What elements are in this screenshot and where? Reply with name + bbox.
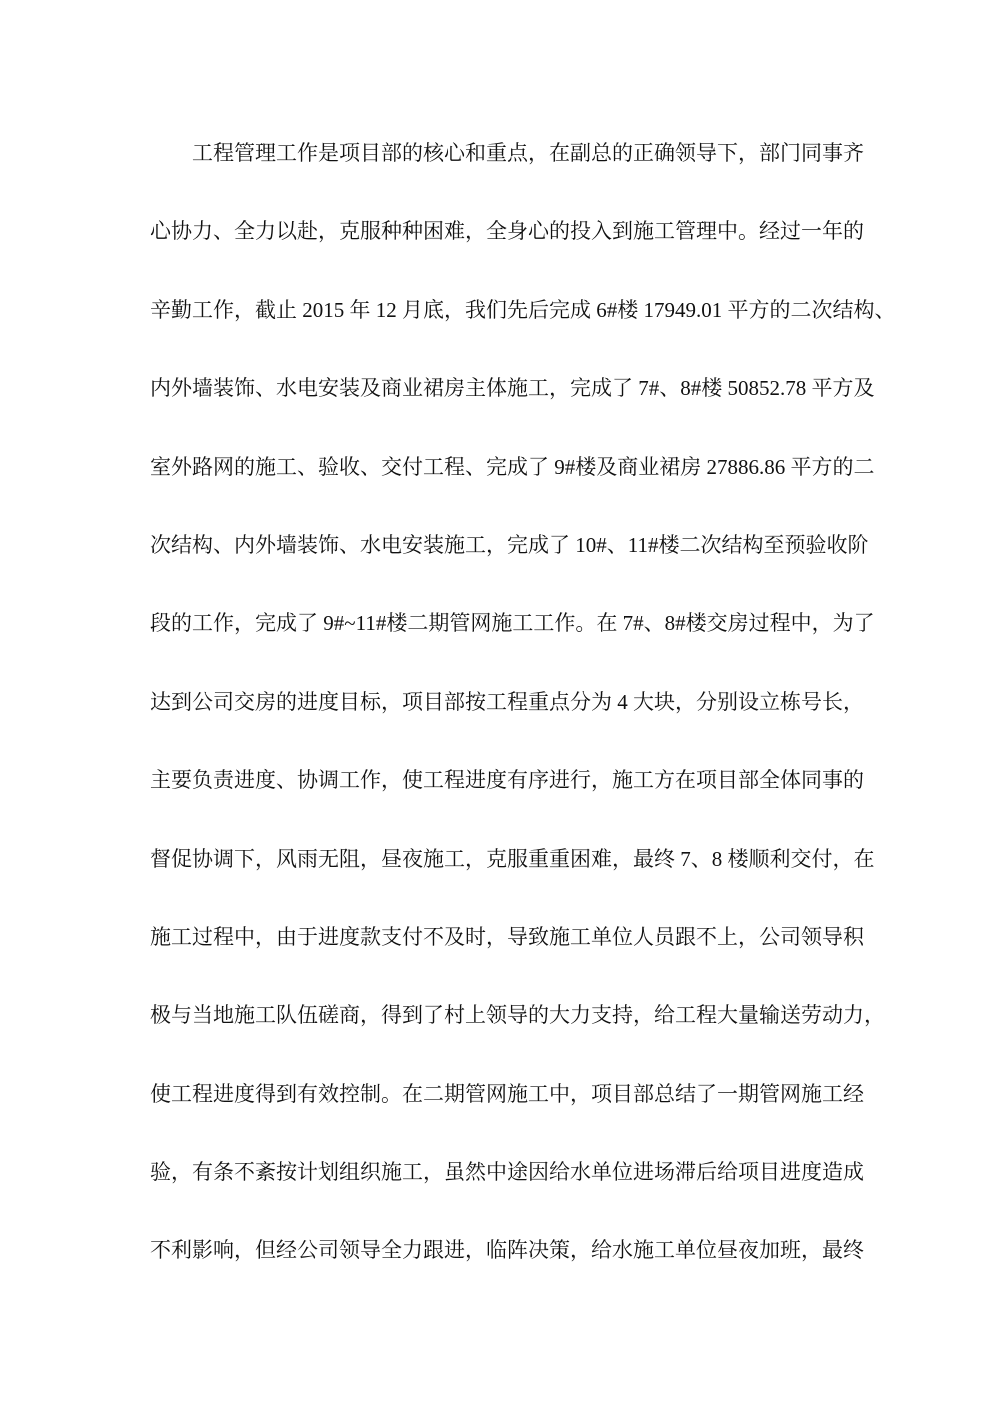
- paragraph-line: 段的工作，完成了 9#~11#楼二期管网施工工作。在 7#、8#楼交房过程中，为…: [150, 584, 860, 662]
- document-page: 工程管理工作是项目部的核心和重点，在副总的正确领导下，部门同事齐心协力、全力以赴…: [0, 0, 1000, 1415]
- paragraph-line: 主要负责进度、协调工作，使工程进度有序进行，施工方在项目部全体同事的: [150, 741, 860, 819]
- paragraph-line: 施工过程中，由于进度款支付不及时，导致施工单位人员跟不上，公司领导积: [150, 898, 860, 976]
- paragraph-line: 使工程进度得到有效控制。在二期管网施工中，项目部总结了一期管网施工经: [150, 1055, 860, 1133]
- paragraph-line: 极与当地施工队伍磋商，得到了村上领导的大力支持，给工程大量输送劳动力，: [150, 976, 860, 1054]
- paragraph-line: 辛勤工作，截止 2015 年 12 月底，我们先后完成 6#楼 17949.01…: [150, 271, 860, 349]
- paragraph-line: 不利影响，但经公司领导全力跟进，临阵决策，给水施工单位昼夜加班，最终: [150, 1211, 860, 1289]
- paragraph-line: 达到公司交房的进度目标，项目部按工程重点分为 4 大块，分别设立栋号长，: [150, 663, 860, 741]
- paragraph-line: 验，有条不紊按计划组织施工，虽然中途因给水单位进场滞后给项目进度造成: [150, 1133, 860, 1211]
- paragraph-line: 次结构、内外墙装饰、水电安装施工，完成了 10#、11#楼二次结构至预验收阶: [150, 506, 860, 584]
- paragraph-line: 室外路网的施工、验收、交付工程、完成了 9#楼及商业裙房 27886.86 平方…: [150, 428, 860, 506]
- paragraph-line: 心协力、全力以赴，克服种种困难，全身心的投入到施工管理中。经过一年的: [150, 192, 860, 270]
- paragraph-line: 督促协调下，风雨无阻，昼夜施工，克服重重困难，最终 7、8 楼顺利交付，在: [150, 820, 860, 898]
- paragraph-line: 内外墙装饰、水电安装及商业裙房主体施工，完成了 7#、8#楼 50852.78 …: [150, 349, 860, 427]
- body-paragraph: 工程管理工作是项目部的核心和重点，在副总的正确领导下，部门同事齐心协力、全力以赴…: [150, 114, 860, 1290]
- paragraph-line: 工程管理工作是项目部的核心和重点，在副总的正确领导下，部门同事齐: [150, 114, 860, 192]
